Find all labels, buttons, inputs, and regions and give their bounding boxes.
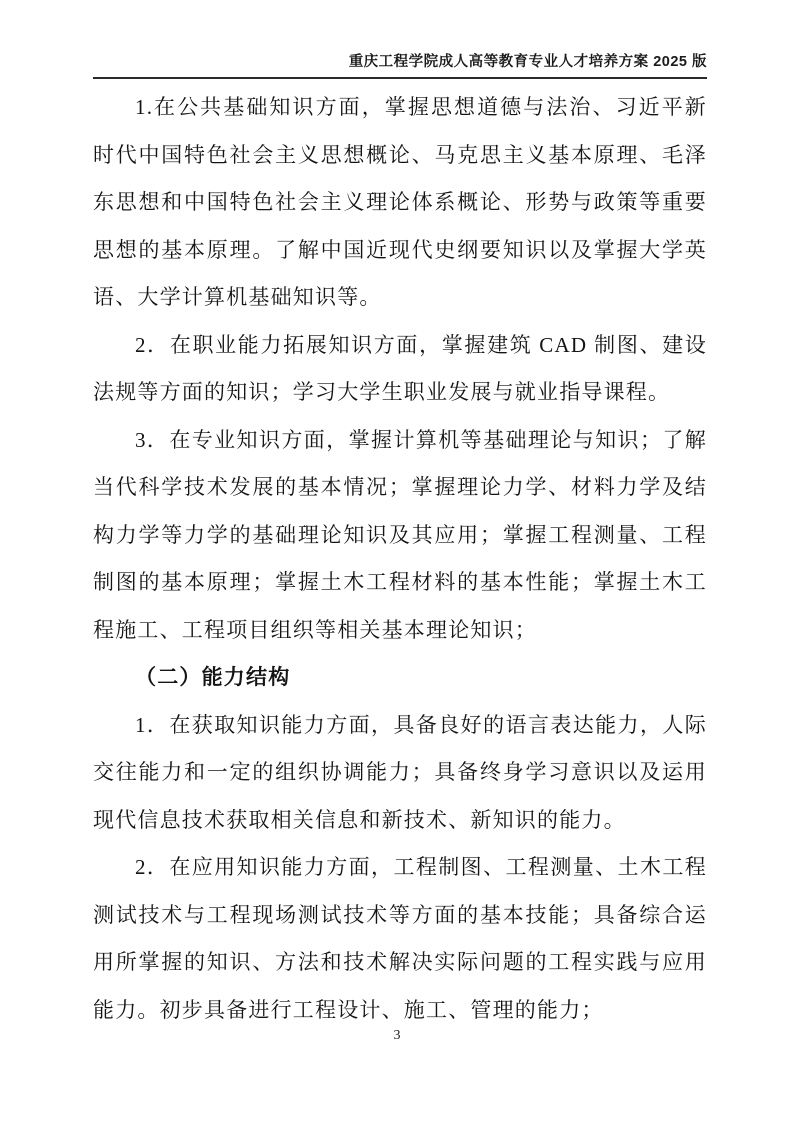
page-footer: 3 [0,1028,794,1044]
body-paragraph: 2．在应用知识能力方面，工程制图、工程测量、土木工程测试技术与工程现场测试技术等… [93,844,707,1034]
document-content: 1.在公共基础知识方面，掌握思想道德与法治、习近平新时代中国特色社会主义思想概论… [93,84,707,1034]
header-title: 重庆工程学院成人高等教育专业人才培养方案 2025 版 [349,54,707,70]
body-paragraph: 2．在职业能力拓展知识方面，掌握建筑 CAD 制图、建设法规等方面的知识；学习大… [93,322,707,417]
page-number: 3 [394,1028,401,1043]
body-paragraph: 3．在专业知识方面，掌握计算机等基础理论与知识；了解当代科学技术发展的基本情况；… [93,417,707,655]
document-page: 重庆工程学院成人高等教育专业人才培养方案 2025 版 1.在公共基础知识方面，… [0,0,794,1122]
page-header: 重庆工程学院成人高等教育专业人才培养方案 2025 版 [93,50,707,79]
section-heading: （二）能力结构 [93,654,707,702]
body-paragraph: 1.在公共基础知识方面，掌握思想道德与法治、习近平新时代中国特色社会主义思想概论… [93,84,707,322]
body-paragraph: 1．在获取知识能力方面，具备良好的语言表达能力，人际交往能力和一定的组织协调能力… [93,702,707,845]
